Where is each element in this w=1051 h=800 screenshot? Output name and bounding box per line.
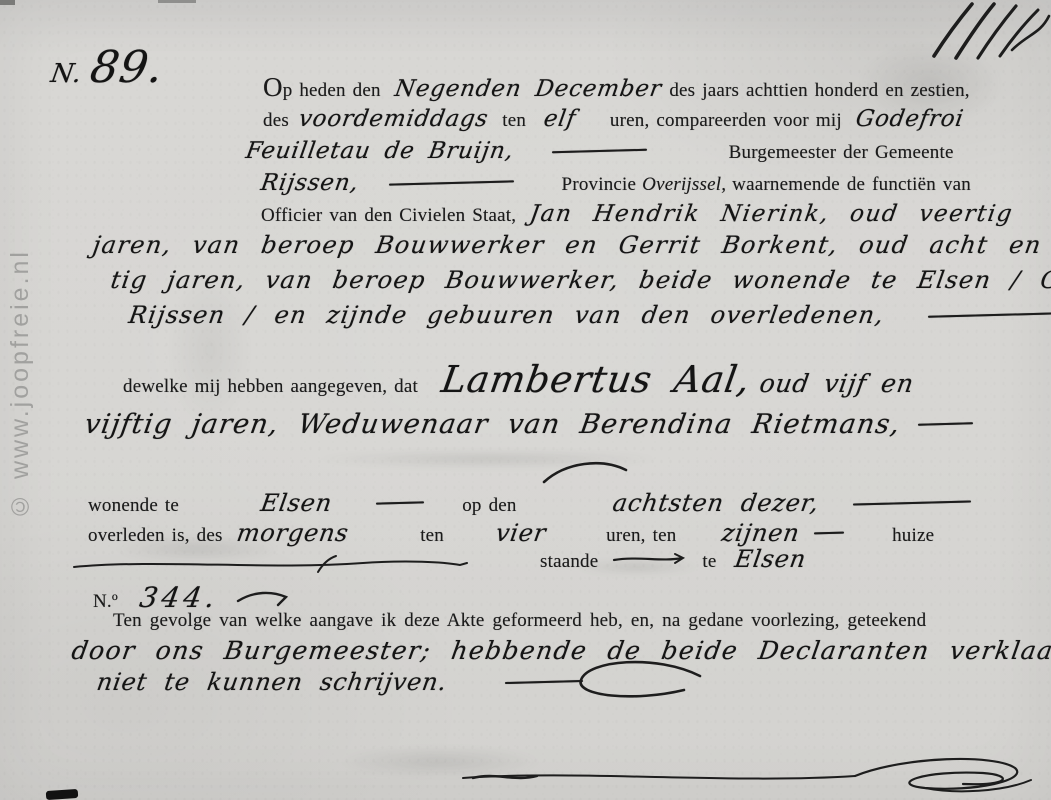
opening-date-line: Op heden den Negenden December des jaars… [263, 72, 970, 103]
act-number-label: N. [49, 59, 85, 89]
printed-text: Op heden den [263, 72, 381, 103]
municipality-line: Rijssen, Provincie Overijssel, waarnemen… [261, 170, 971, 196]
pen-strikethrough [68, 554, 472, 574]
printed-text: ten [420, 525, 444, 547]
signature-flourish [455, 742, 1051, 798]
handwritten-possessive: zijnen [720, 519, 802, 547]
pen-dash [853, 500, 971, 505]
printed-text: Ten gevolge van welke aangave ik deze Ak… [113, 610, 926, 632]
printed-text: te [702, 551, 716, 573]
cropped-ink-mark [46, 789, 79, 800]
deceased-name: Lambertus Aal, [439, 358, 754, 401]
handwritten-date: Negenden December [393, 76, 664, 102]
scan-edge-artifact [158, 0, 196, 3]
pen-dash [552, 149, 647, 154]
handwritten-house-place: Elsen [732, 545, 808, 573]
official-surname-line: Feuilletau de Bruijn, Burgemeester der G… [246, 138, 954, 164]
scan-edge-artifact [0, 0, 15, 5]
printed-text: overleden is, des [88, 525, 223, 547]
handwritten-text: niet te kunnen schrijven. [95, 668, 449, 696]
act-number: N. 89. [48, 42, 167, 93]
handwritten-text: jaren, van beroep Bouwwerker en Gerrit B… [91, 231, 1051, 259]
pen-dash [814, 531, 844, 534]
printed-text: dewelke mij hebben aangegeven, dat [123, 376, 418, 398]
document-page: © www.joopfreie.nl N. 89. Op heden den N… [0, 0, 1051, 800]
time-and-official-line: des voordemiddags ten elf uren, comparee… [263, 106, 964, 132]
handwritten-death-date: achtsten dezer, [610, 489, 820, 517]
declarants-line-3: tig jaren, van beroep Bouwwerker, beide … [111, 266, 1051, 294]
printed-text: waarnemende de functiën van [732, 174, 971, 196]
printed-text: Officier van den Civielen Staat, [261, 205, 516, 227]
printed-text: ten [502, 110, 526, 132]
pen-dash [505, 680, 583, 684]
handwritten-time-of-death-part: morgens [234, 519, 350, 547]
handwritten-official-firstname: Godefroi [854, 106, 966, 132]
handwritten-age-part: oud vijf en [758, 369, 916, 398]
printed-text: uren, compareerden voor mij [610, 110, 842, 132]
deceased-declaration-line: dewelke mij hebben aangegeven, dat Lambe… [123, 358, 914, 401]
declarants-line-2: jaren, van beroep Bouwwerker en Gerrit B… [93, 231, 1051, 259]
closing-statement-line: Ten gevolge van welke aangave ik deze Ak… [113, 610, 926, 632]
handwritten-text: door ons Burgemeester; hebbende de beide… [70, 636, 1051, 665]
declarant1-line: Officier van den Civielen Staat, Jan Hen… [261, 201, 1013, 227]
handwritten-text: Rijssen / en zijnde gebuuren van den ove… [127, 301, 887, 329]
printed-text: Provincie [562, 174, 637, 196]
watermark: © www.joopfreie.nl [6, 148, 35, 520]
handwritten-widower-of: vijftig jaren, Weduwenaar van Berendina … [83, 409, 903, 440]
handwritten-hour: elf [542, 106, 578, 132]
printed-text: wonende te [88, 495, 179, 517]
handwritten-time-of-day: voordemiddags [297, 106, 490, 132]
handwritten-official-surname: Feuilletau de Bruijn, [244, 138, 516, 164]
handwritten-residence: Elsen [259, 489, 335, 517]
pen-dash [928, 312, 1051, 318]
ink-bleed-smudge [300, 740, 580, 784]
pen-dash [918, 423, 973, 427]
signed-by-line: door ons Burgemeester; hebbende de beide… [72, 636, 1051, 665]
printed-text: des [263, 110, 289, 132]
cannot-write-line: niet te kunnen schrijven. [97, 668, 583, 696]
death-time-line: overleden is, des morgens ten vier uren,… [88, 519, 934, 547]
printed-text: huize [892, 525, 934, 547]
pen-dash [376, 501, 424, 505]
printed-text: staande [540, 551, 598, 573]
handwritten-text: tig jaren, van beroep Bouwwerker, beide … [109, 266, 1051, 294]
printed-text: des jaars achttien honderd en zestien, [669, 80, 969, 102]
printed-text: uren, ten [606, 525, 676, 547]
pen-curl-dash [236, 588, 290, 608]
handwritten-hour-of-death: vier [494, 519, 549, 547]
residence-death-date-line: wonende te Elsen op den achtsten dezer, [88, 489, 971, 517]
printed-text: Burgemeester der Gemeente [729, 142, 954, 164]
handwritten-municipality: Rijssen, [259, 170, 361, 196]
act-number-value: 89. [87, 42, 167, 93]
pen-dash [389, 180, 514, 186]
ink-bleed-smudge [248, 446, 728, 472]
pen-flourish [572, 660, 704, 704]
declarants-line-4: Rijssen / en zijnde gebuuren van den ove… [129, 301, 1051, 329]
printed-province-name: Overijssel, [642, 174, 726, 196]
pen-arrow-dash [612, 552, 692, 566]
corner-pen-strokes-icon [928, 0, 1051, 64]
handwritten-declarant1-name: Jan Hendrik Nierink, oud veertig [528, 201, 1015, 227]
house-location-line: staande te Elsen [540, 545, 806, 573]
printed-text: op den [462, 495, 516, 517]
pen-flourish [540, 458, 632, 486]
deceased-status-line: vijftig jaren, Weduwenaar van Berendina … [85, 409, 973, 440]
